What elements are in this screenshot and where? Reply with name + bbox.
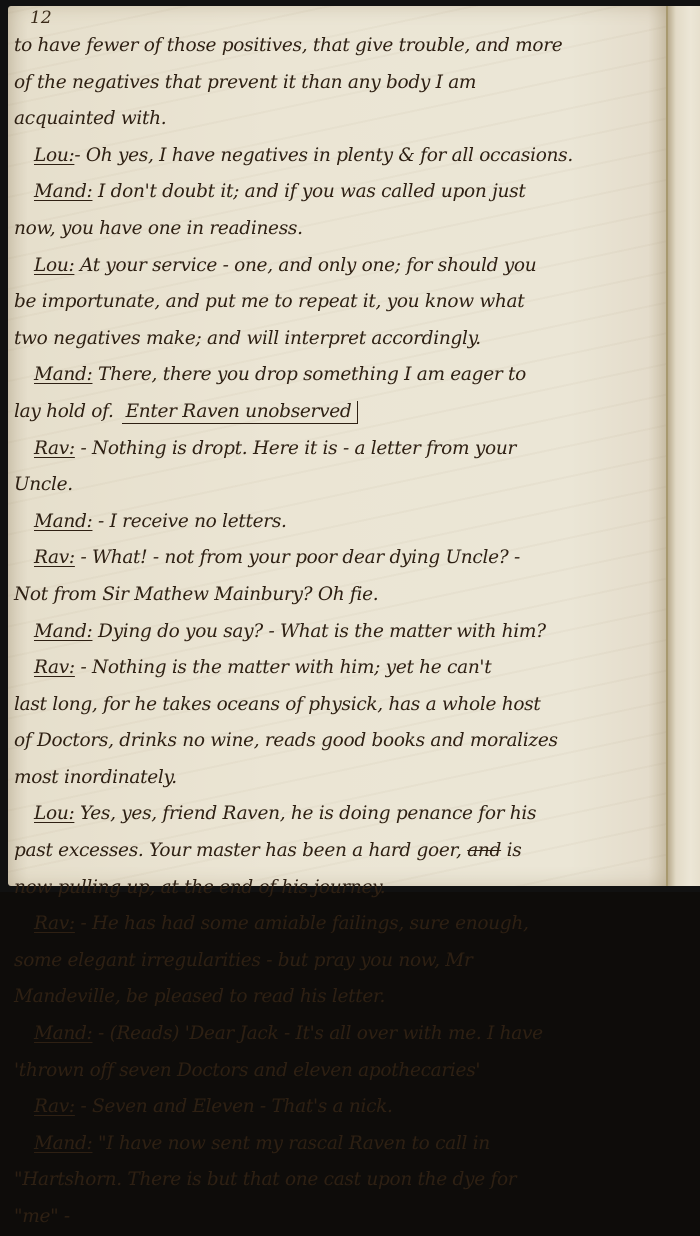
line-text: be importunate, and put me to repeat it,…: [14, 291, 524, 312]
line-text: I don't doubt it; and if you was called …: [92, 181, 525, 202]
line-text: to have fewer of those positives, that g…: [14, 35, 562, 56]
manuscript-line: Lou: Yes, yes, friend Raven, he is doing…: [14, 796, 614, 833]
manuscript-line: be importunate, and put me to repeat it,…: [14, 284, 614, 321]
line-text: - Nothing is the matter with him; yet he…: [75, 657, 491, 678]
line-text: Not from Sir Mathew Mainbury? Oh fie.: [14, 584, 378, 605]
line-text: - I receive no letters.: [92, 511, 286, 532]
speaker-name: Mand:: [34, 621, 92, 642]
manuscript-line: two negatives make; and will interpret a…: [14, 321, 614, 358]
manuscript-line: Lou: At your service - one, and only one…: [14, 248, 614, 285]
manuscript-line: past excesses. Your master has been a ha…: [14, 833, 614, 870]
line-text: past excesses. Your master has been a ha…: [14, 840, 522, 861]
speaker-name: Lou:: [34, 255, 74, 276]
manuscript-line: Rav: - Nothing is dropt. Here it is - a …: [14, 431, 614, 468]
manuscript-line: of Doctors, drinks no wine, reads good b…: [14, 723, 614, 760]
speaker-name: Lou:: [34, 145, 74, 166]
line-text: Dying do you say? - What is the matter w…: [92, 621, 545, 642]
manuscript-line: Mand: There, there you drop something I …: [14, 357, 614, 394]
line-text: There, there you drop something I am eag…: [92, 364, 525, 385]
manuscript-line: Lou:- Oh yes, I have negatives in plenty…: [14, 138, 614, 175]
line-text: Yes, yes, friend Raven, he is doing pena…: [74, 803, 536, 824]
manuscript-line: Mand: - I receive no letters.: [14, 504, 614, 541]
speaker-name: Mand:: [34, 511, 92, 532]
line-text: of the negatives that prevent it than an…: [14, 72, 476, 93]
line-text: most inordinately.: [14, 767, 177, 788]
manuscript-text: to have fewer of those positives, that g…: [14, 28, 614, 892]
line-text: lay hold of.: [14, 401, 114, 422]
struck-word: and: [467, 840, 501, 861]
speaker-name: Mand:: [34, 364, 92, 385]
manuscript-line: Mand: Dying do you say? - What is the ma…: [14, 614, 614, 651]
line-text: acquainted with.: [14, 108, 166, 129]
speaker-name: Lou:: [34, 803, 74, 824]
facing-page-edge: [668, 6, 700, 886]
manuscript-line: now, you have one in readiness.: [14, 211, 614, 248]
manuscript-line: now pulling up, at the end of his journe…: [14, 870, 614, 892]
line-text: - Oh yes, I have negatives in plenty & f…: [74, 145, 573, 166]
manuscript-line: Mand: I don't doubt it; and if you was c…: [14, 174, 614, 211]
speaker-name: Rav:: [34, 547, 75, 568]
line-text: of Doctors, drinks no wine, reads good b…: [14, 730, 558, 751]
manuscript-line: of the negatives that prevent it than an…: [14, 65, 614, 102]
page-number: 12: [30, 8, 52, 28]
manuscript-line: acquainted with.: [14, 101, 614, 138]
speaker-name: Mand:: [34, 181, 92, 202]
line-text: two negatives make; and will interpret a…: [14, 328, 481, 349]
manuscript-line: Uncle.: [14, 467, 614, 504]
manuscript-line: lay hold of.Enter Raven unobserved: [14, 394, 614, 431]
line-text: now pulling up, at the end of his journe…: [14, 877, 385, 892]
speaker-name: Rav:: [34, 657, 75, 678]
manuscript-line: Rav: - What! - not from your poor dear d…: [14, 540, 614, 577]
line-text: - Nothing is dropt. Here it is - a lette…: [75, 438, 516, 459]
manuscript-line: last long, for he takes oceans of physic…: [14, 687, 614, 724]
line-text: At your service - one, and only one; for…: [74, 255, 536, 276]
speaker-name: Rav:: [34, 438, 75, 459]
line-text: Uncle.: [14, 474, 73, 495]
line-text: - What! - not from your poor dear dying …: [75, 547, 520, 568]
line-text: now, you have one in readiness.: [14, 218, 303, 239]
manuscript-line: Rav: - Nothing is the matter with him; y…: [14, 650, 614, 687]
line-text: last long, for he takes oceans of physic…: [14, 694, 541, 715]
manuscript-line: Not from Sir Mathew Mainbury? Oh fie.: [14, 577, 614, 614]
manuscript-line: to have fewer of those positives, that g…: [14, 28, 614, 65]
stage-direction: Enter Raven unobserved: [122, 401, 359, 424]
manuscript-line: most inordinately.: [14, 760, 614, 797]
